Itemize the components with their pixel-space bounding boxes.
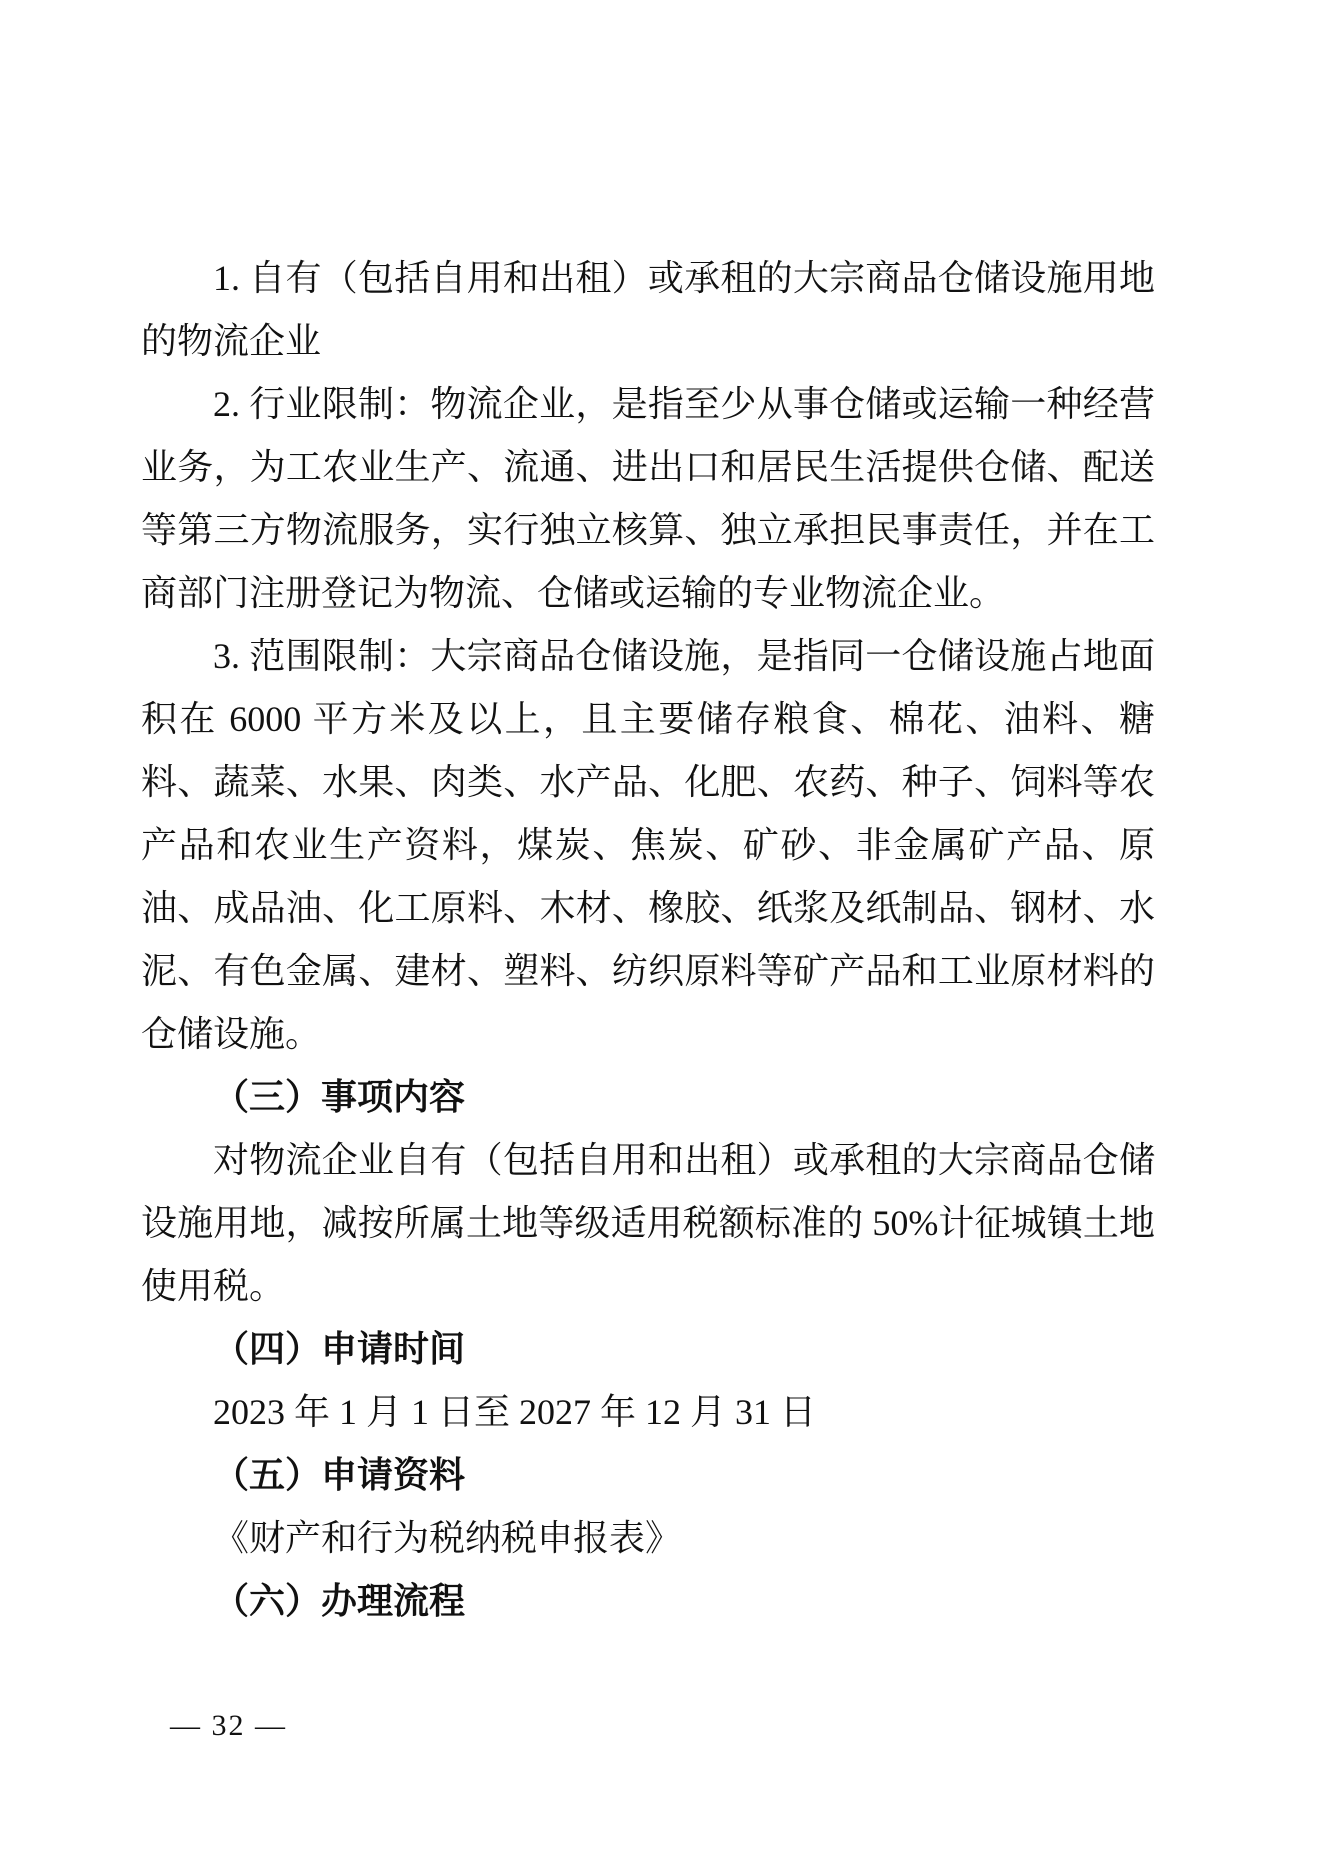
numbered-item-3: 3. 范围限制：大宗商品仓储设施，是指同一仓储设施占地面积在 6000 平方米及…: [141, 625, 1155, 1066]
document-body: 1. 自有（包括自用和出租）或承租的大宗商品仓储设施用地的物流企业 2. 行业限…: [141, 247, 1155, 1633]
numbered-item-2: 2. 行业限制：物流企业，是指至少从事仓储或运输一种经营业务，为工农业生产、流通…: [141, 373, 1155, 625]
paragraph-policy-content: 对物流企业自有（包括自用和出租）或承租的大宗商品仓储设施用地，减按所属土地等级适…: [141, 1129, 1155, 1318]
page-number: — 32 —: [170, 1708, 287, 1744]
numbered-item-1: 1. 自有（包括自用和出租）或承租的大宗商品仓储设施用地的物流企业: [141, 247, 1155, 373]
section-heading-shenqing-shijian: （四）申请时间: [141, 1318, 1155, 1381]
paragraph-application-period: 2023 年 1 月 1 日至 2027 年 12 月 31 日: [141, 1381, 1155, 1444]
section-heading-shenqing-ziliao: （五）申请资料: [141, 1444, 1155, 1507]
paragraph-application-material: 《财产和行为税纳税申报表》: [141, 1507, 1155, 1570]
section-heading-banli-liucheng: （六）办理流程: [141, 1570, 1155, 1633]
section-heading-shixiang-neirong: （三）事项内容: [141, 1066, 1155, 1129]
document-page: 1. 自有（包括自用和出租）或承租的大宗商品仓储设施用地的物流企业 2. 行业限…: [0, 0, 1323, 1871]
